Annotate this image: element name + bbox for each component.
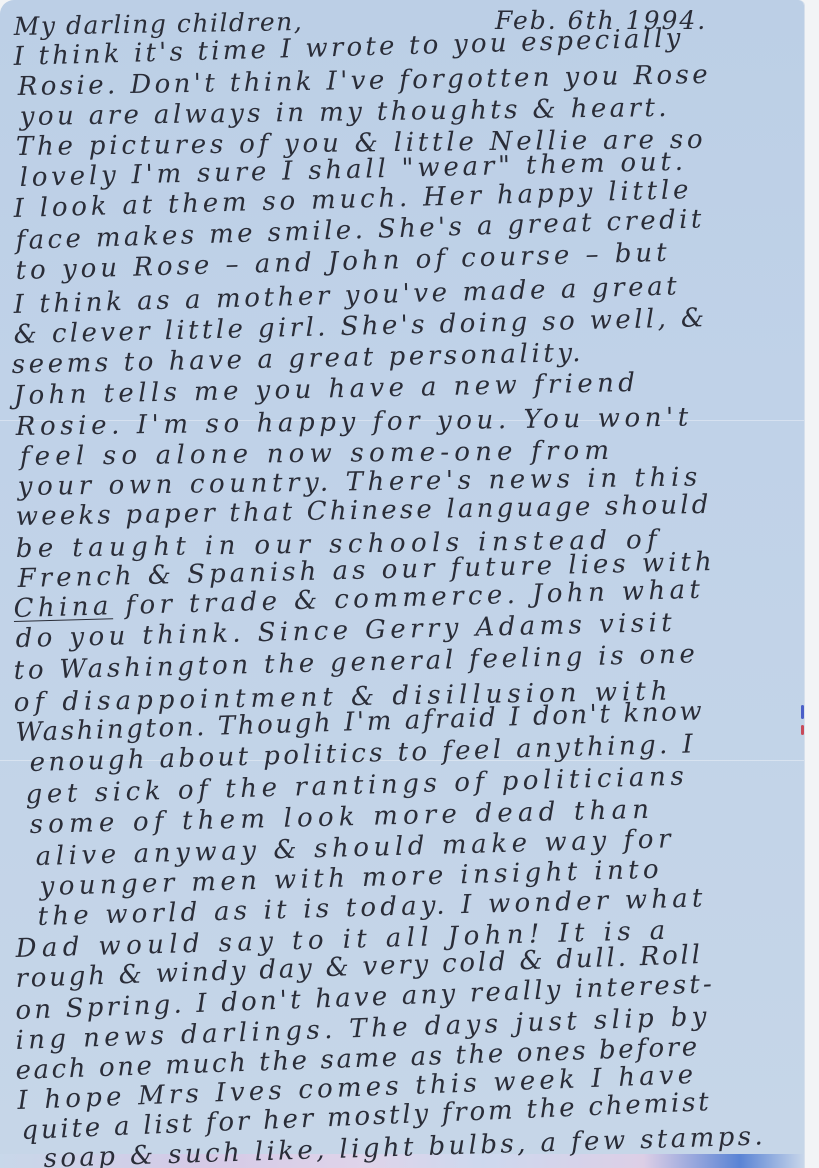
scanned-letter: Feb. 6th 1994. My darling children, I th… <box>0 0 819 1168</box>
letter-line: Rosie. I'm so happy for you. You won't <box>16 405 693 440</box>
underlined-china: China <box>13 591 113 624</box>
letter-line: you are always in my thoughts & heart. <box>20 95 670 130</box>
letter-body: Feb. 6th 1994. My darling children, I th… <box>0 0 804 1168</box>
